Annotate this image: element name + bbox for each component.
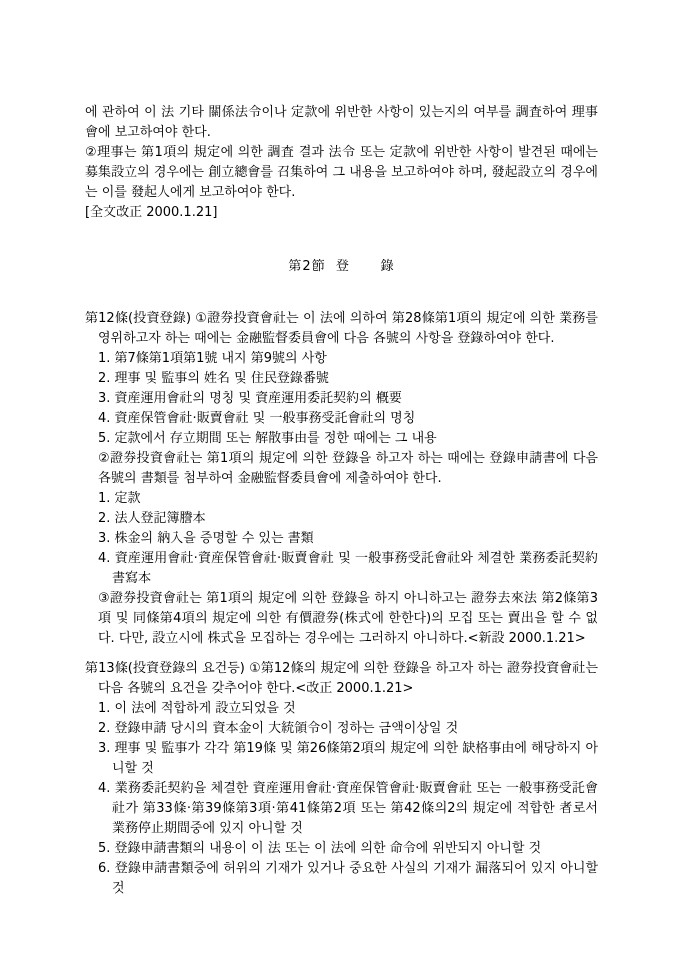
article-12-opening: 第12條(投資登錄) ①證券投資會社는 이 法에 의하여 第28條第1項의 規定…	[85, 309, 598, 349]
article-13-item-5: 5. 登錄申請書類의 내용이 이 法 또는 이 法에 의한 命令에 위반되지 아…	[98, 839, 598, 859]
article-13: 第13條(投資登錄의 요건등) ①第12條의 規定에 의한 登錄을 하고자 하는…	[85, 659, 598, 899]
article-12-clause1-item-1: 1. 第7條第1項第1號 내지 第9號의 사항	[98, 349, 598, 369]
article-12-clause1-item-2: 2. 理事 및 監事의 姓名 및 住民登錄番號	[98, 369, 598, 389]
article-12-clause2-item-1: 1. 定款	[98, 489, 598, 509]
carryover-clause-2-paragraph: ②理事는 第1項의 規定에 의한 調査 결과 法令 또는 定款에 위반한 사항이…	[85, 143, 598, 203]
article-13-opening: 第13條(投資登錄의 요건등) ①第12條의 規定에 의한 登錄을 하고자 하는…	[85, 659, 598, 699]
carryover-section: 에 관하여 이 法 기타 關係法令이나 定款에 위반한 사항이 있는지의 여부를…	[85, 103, 598, 223]
article-13-item-1: 1. 이 法에 적합하게 設立되었을 것	[98, 699, 598, 719]
article-12: 第12條(投資登錄) ①證券投資會社는 이 法에 의하여 第28條第1項의 規定…	[85, 309, 598, 649]
article-13-item-4: 4. 業務委託契約을 체결한 資産運用會社·資産保管會社·販賣會社 또는 一般事…	[98, 779, 598, 839]
article-12-clause2-item-3: 3. 株金의 納入을 증명할 수 있는 書類	[98, 529, 598, 549]
article-12-clause1-item-4: 4. 資産保管會社·販賣會社 및 一般事務受託會社의 명칭	[98, 409, 598, 429]
article-12-clause2-item-2: 2. 法人登記簿謄本	[98, 509, 598, 529]
article-13-item-2: 2. 登錄申請 당시의 資本金이 大統領令이 정하는 금액이상일 것	[98, 719, 598, 739]
law-document-page: 에 관하여 이 法 기타 關係法令이나 定款에 위반한 사항이 있는지의 여부를…	[0, 0, 680, 962]
amendment-note: [全文改正 2000.1.21]	[85, 203, 598, 223]
article-12-clause-2: ②證券投資會社는 第1項의 規定에 의한 登錄을 하고자 하는 때에는 登錄申請…	[98, 449, 598, 489]
article-13-item-3: 3. 理事 및 監事가 각각 第19條 및 第26條第2項의 規定에 의한 缺格…	[98, 739, 598, 779]
article-12-clause-3: ③證券投資會社는 第1項의 規定에 의한 登錄을 하지 아니하고는 證券去來法 …	[98, 589, 598, 649]
carryover-paragraph: 에 관하여 이 法 기타 關係法令이나 定款에 위반한 사항이 있는지의 여부를…	[85, 103, 598, 143]
article-13-item-6: 6. 登錄申請書類중에 허위의 기재가 있거나 중요한 사실의 기재가 漏落되어…	[98, 859, 598, 899]
section-2-heading: 第2節 登 錄	[85, 257, 598, 277]
article-12-clause1-item-3: 3. 資産運用會社의 명칭 및 資産運用委託契約의 槪要	[98, 389, 598, 409]
article-12-clause2-item-4: 4. 資産運用會社·資産保管會社·販賣會社 및 一般事務受託會社와 체결한 業務…	[98, 549, 598, 589]
article-12-clause1-item-5: 5. 定款에서 存立期間 또는 解散事由를 정한 때에는 그 내용	[98, 429, 598, 449]
